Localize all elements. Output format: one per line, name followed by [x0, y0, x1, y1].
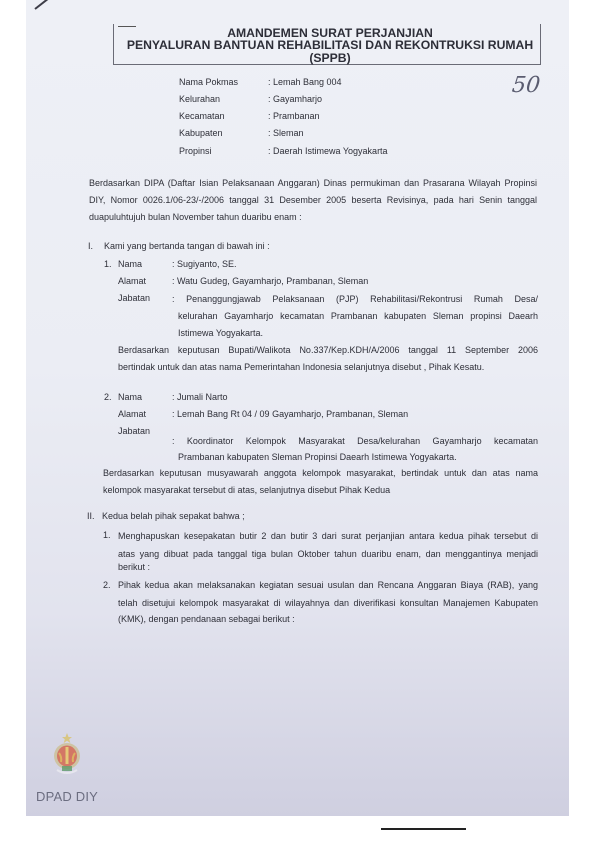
- party-1-alamat-value: : Watu Gudeg, Gayamharjo, Prambanan, Sle…: [172, 276, 368, 286]
- intro-line-1: Berdasarkan DIPA (Daftar Isian Pelaksana…: [89, 178, 537, 188]
- title-line-3: (SPPB): [100, 52, 560, 65]
- party-2-nama-label: Nama: [118, 392, 142, 402]
- item-1-line-3: berikut :: [118, 562, 150, 572]
- party-1-jabatan-line-2: kelurahan Gayamharjo kecamatan Prambanan…: [178, 311, 538, 321]
- party-2-jabatan-label: Jabatan: [118, 426, 150, 436]
- item-2-line-2: telah disetujui kelompok masyarakat di w…: [118, 598, 538, 608]
- info-value: : Sleman: [268, 128, 304, 138]
- party-1-basis-line-2: bertindak untuk dan atas nama Pemerintah…: [118, 362, 484, 372]
- party-1-alamat-label: Alamat: [118, 276, 146, 286]
- intro-line-2: DIY, Nomor 0026.1/06-23/-/2006 tanggal 3…: [89, 195, 537, 205]
- party-2-jabatan-line-2: Prambanan kabupaten Sleman Propinsi Daea…: [178, 452, 457, 462]
- info-value: : Prambanan: [268, 111, 320, 121]
- item-1-line-2: atas yang dibuat pada tanggal tiga bulan…: [118, 549, 538, 559]
- party-2-basis-line-2: kelompok masyarakat tersebut di atas, se…: [103, 485, 390, 495]
- handwritten-page-number: 50: [511, 73, 542, 98]
- party-2-jabatan-line-1: : Koordinator Kelompok Masyarakat Desa/k…: [172, 436, 538, 446]
- footer-line: [381, 828, 466, 830]
- item-1-line-1: Menghapuskan kesepakatan butir 2 dan but…: [118, 531, 538, 541]
- party-1-jabatan-line-3: Istimewa Yogyakarta.: [178, 328, 263, 338]
- info-label: Kecamatan: [179, 111, 225, 121]
- scanned-page: [26, 0, 569, 816]
- watermark-text: DPAD DIY: [36, 789, 98, 804]
- intro-line-3: duapuluhtujuh bulan November tahun duari…: [89, 212, 302, 222]
- section-1-heading: Kami yang bertanda tangan di bawah ini :: [104, 241, 270, 251]
- party-2-number: 2.: [104, 392, 112, 402]
- party-1-nama-label: Nama: [118, 259, 142, 269]
- section-1-numeral: I.: [88, 241, 93, 251]
- info-value: : Lemah Bang 004: [268, 77, 342, 87]
- item-1-number: 1.: [103, 530, 111, 540]
- info-label: Nama Pokmas: [179, 77, 238, 87]
- party-1-number: 1.: [104, 259, 112, 269]
- item-2-line-3: (KMK), dengan pendanaan sebagai berikut …: [118, 614, 295, 624]
- info-label: Propinsi: [179, 146, 212, 156]
- party-2-alamat-label: Alamat: [118, 409, 146, 419]
- yogyakarta-coat-of-arms-icon: [52, 733, 82, 777]
- section-2-heading: Kedua belah pihak sepakat bahwa ;: [102, 511, 245, 521]
- party-1-nama-value: : Sugiyanto, SE.: [172, 259, 237, 269]
- section-2-numeral: II.: [87, 511, 95, 521]
- party-2-basis-line-1: Berdasarkan keputusan musyawarah anggota…: [103, 468, 538, 478]
- party-1-jabatan-label: Jabatan: [118, 293, 150, 303]
- party-2-nama-value: : Jumali Narto: [172, 392, 228, 402]
- info-value: : Daerah Istimewa Yogyakarta: [268, 146, 388, 156]
- info-label: Kelurahan: [179, 94, 220, 104]
- party-1-jabatan-line-1: : Penanggungjawab Pelaksanaan (PJP) Reha…: [172, 294, 538, 304]
- item-2-number: 2.: [103, 580, 111, 590]
- info-value: : Gayamharjo: [268, 94, 322, 104]
- item-2-line-1: Pihak kedua akan melaksanakan kegiatan s…: [118, 580, 538, 590]
- party-2-alamat-value: : Lemah Bang Rt 04 / 09 Gayamharjo, Pram…: [172, 409, 408, 419]
- party-1-basis-line-1: Berdasarkan keputusan Bupati/Walikota No…: [118, 345, 538, 355]
- info-label: Kabupaten: [179, 128, 223, 138]
